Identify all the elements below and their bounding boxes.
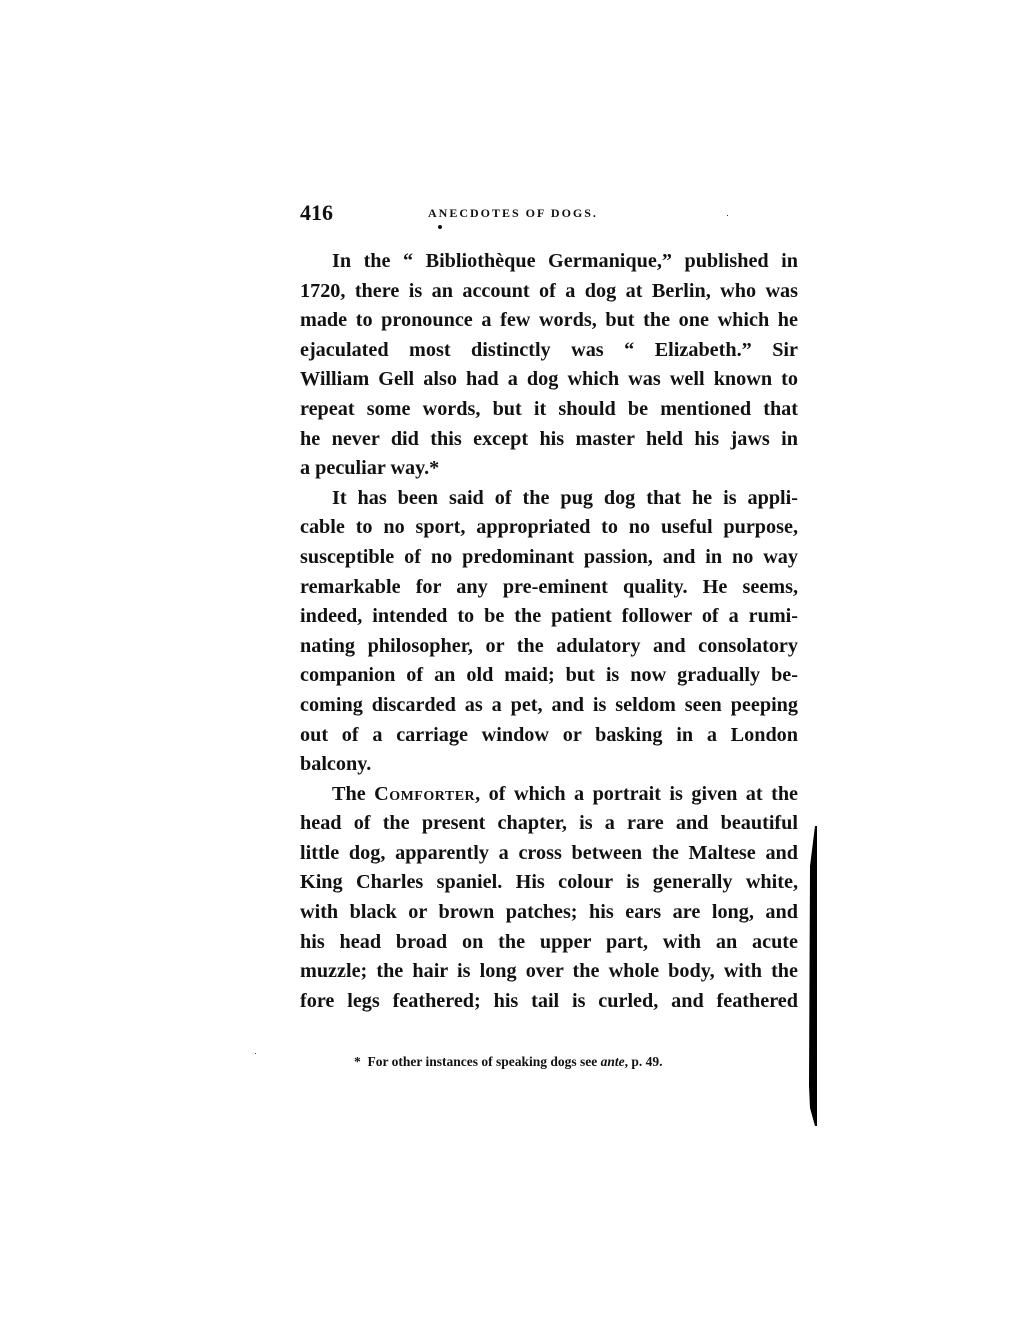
page-edge-shadow <box>806 826 818 1126</box>
text-line: fore legs feathered; his tail is curled,… <box>300 987 798 1017</box>
text-fragment: , of which a portrait is given at the <box>475 783 798 805</box>
text-fragment: The <box>332 783 374 805</box>
text-line: muzzle; the hair is long over the whole … <box>300 957 798 987</box>
text-line: cable to no sport, appropriated to no us… <box>300 513 798 543</box>
running-head: 416 ANECDOTES OF DOGS. <box>300 200 800 230</box>
footnote-italic: ante <box>601 1054 625 1069</box>
text-line: 1720, there is an account of a dog at Be… <box>300 277 798 307</box>
book-page: 416 ANECDOTES OF DOGS. In the “ Biblioth… <box>0 0 1033 1339</box>
paragraph-2: It has been said of the pug dog that he … <box>300 484 798 780</box>
page-number: 416 <box>300 200 333 226</box>
running-title: ANECDOTES OF DOGS. <box>428 206 598 221</box>
text-line: It has been said of the pug dog that he … <box>300 484 798 514</box>
text-line: with black or brown patches; his ears ar… <box>300 898 798 928</box>
text-line: repeat some words, but it should be ment… <box>300 395 798 425</box>
text-line: The Comforter, of which a portrait is gi… <box>300 780 798 810</box>
text-line: indeed, intended to be the patient follo… <box>300 602 798 632</box>
footnote-text-end: , p. 49. <box>625 1054 663 1069</box>
text-line: made to pronounce a few words, but the o… <box>300 306 798 336</box>
text-line: coming discarded as a pet, and is seldom… <box>300 691 798 721</box>
text-line: his head broad on the upper part, with a… <box>300 928 798 958</box>
ink-dot <box>438 225 442 229</box>
text-line: a peculiar way.* <box>300 454 798 484</box>
text-line: ejaculated most distinctly was “ Elizabe… <box>300 336 798 366</box>
ink-speck <box>727 215 728 216</box>
text-line: In the “ Bibliothèque Germanique,” publi… <box>300 247 798 277</box>
text-line: King Charles spaniel. His colour is gene… <box>300 868 798 898</box>
text-line: William Gell also had a dog which was we… <box>300 365 798 395</box>
text-line: balcony. <box>300 750 798 780</box>
text-line: little dog, apparently a cross between t… <box>300 839 798 869</box>
body-text: In the “ Bibliothèque Germanique,” publi… <box>300 247 798 1016</box>
paragraph-3: The Comforter, of which a portrait is gi… <box>300 780 798 1017</box>
text-line: susceptible of no predominant passion, a… <box>300 543 798 573</box>
text-line: out of a carriage window or basking in a… <box>300 721 798 751</box>
text-line: head of the present chapter, is a rare a… <box>300 809 798 839</box>
text-line: remarkable for any pre-eminent quality. … <box>300 573 798 603</box>
footnote-marker: * <box>354 1054 361 1069</box>
text-line: nating philosopher, or the adulatory and… <box>300 632 798 662</box>
footnote-text: For other instances of speaking dogs see <box>368 1054 601 1069</box>
smallcaps-term: Comforter <box>374 783 475 805</box>
footnote: * For other instances of speaking dogs s… <box>354 1054 663 1070</box>
ink-speck <box>255 1053 256 1054</box>
text-line: he never did this except his master held… <box>300 425 798 455</box>
text-line: companion of an old maid; but is now gra… <box>300 661 798 691</box>
paragraph-1: In the “ Bibliothèque Germanique,” publi… <box>300 247 798 484</box>
